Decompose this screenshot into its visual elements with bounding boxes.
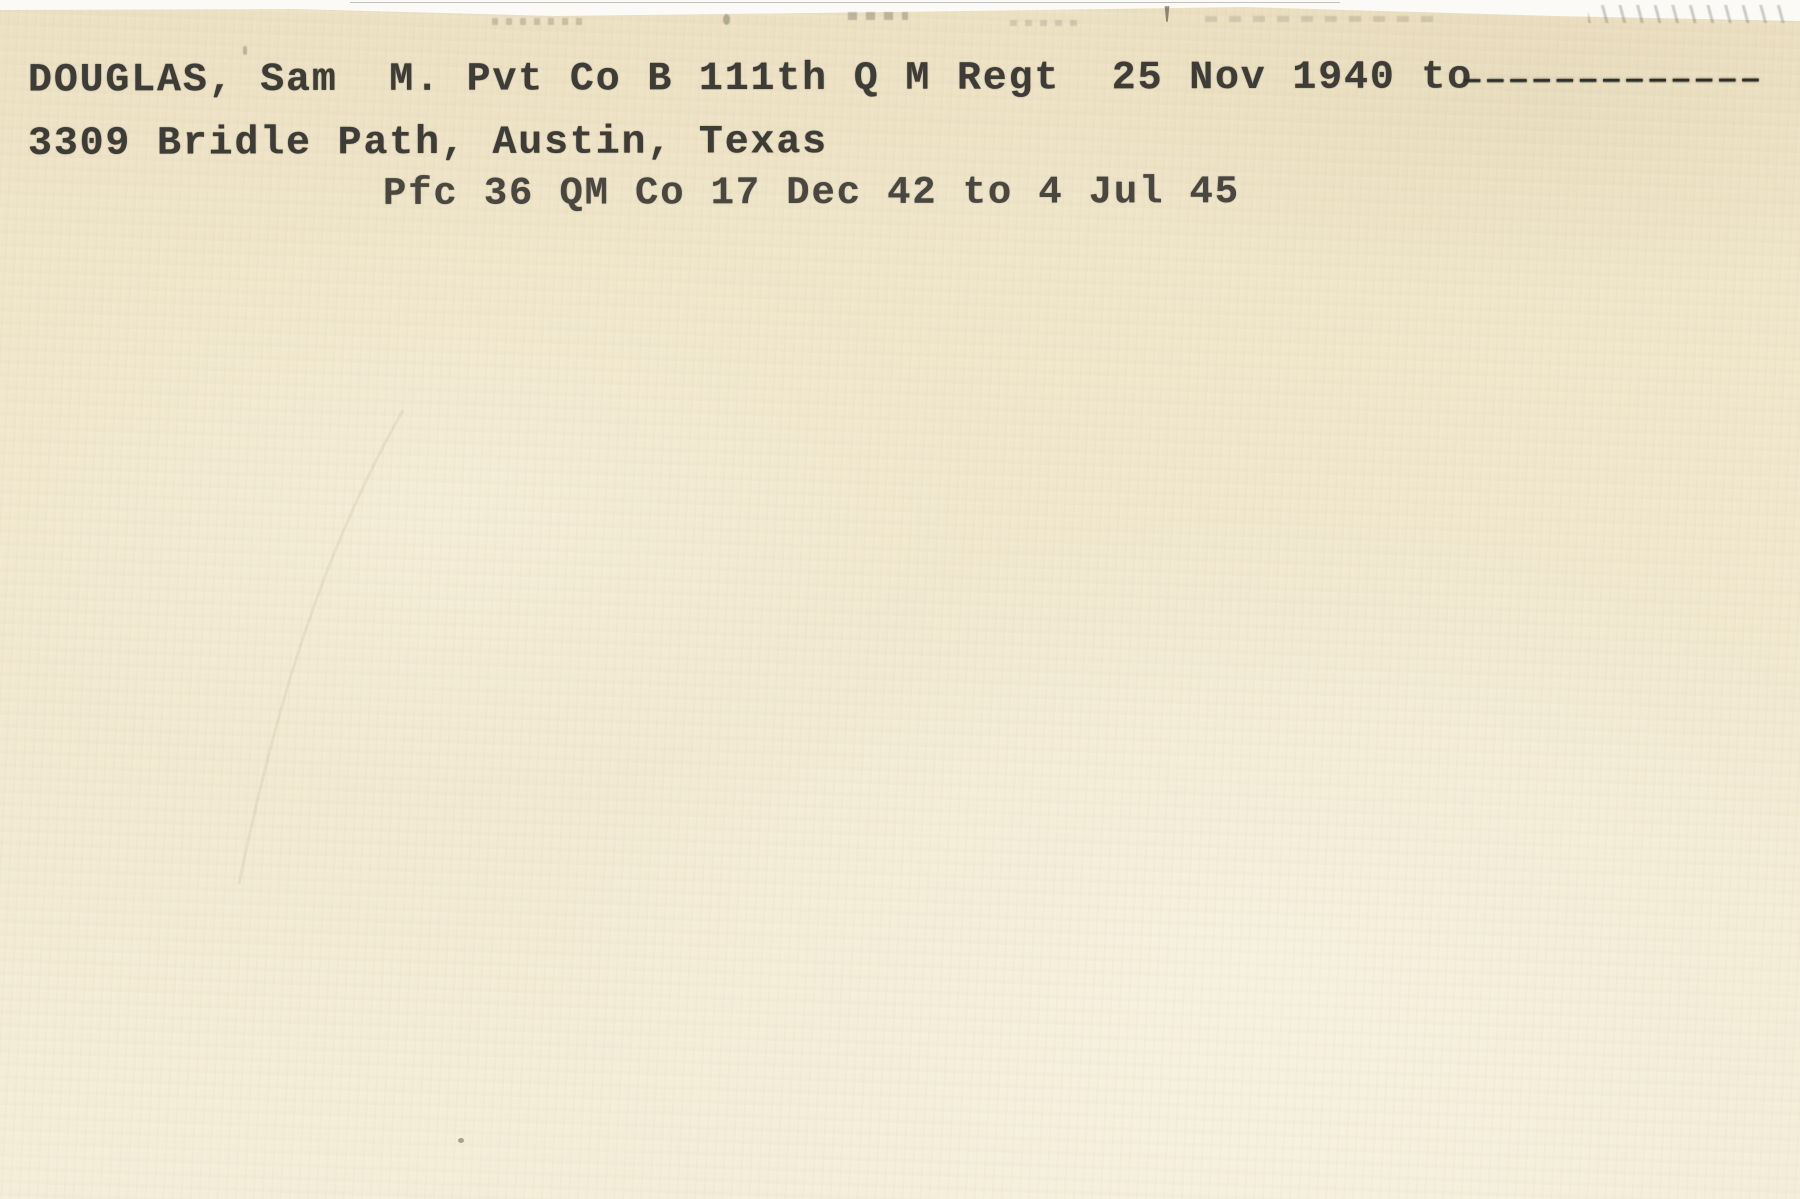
card-line-name-unit-dates: DOUGLAS, Sam M. Pvt Co B 111th Q M Regt … [28,56,1473,103]
scan-bleed-mark [1010,20,1080,26]
paper-crease [225,408,425,893]
index-card-scan: DOUGLAS, Sam M. Pvt Co B 111th Q M Regt … [0,0,1800,1199]
card-line-later-service: Pfc 36 QM Co 17 Dec 42 to 4 Jul 45 [383,171,1240,216]
scan-bleed-mark [1163,6,1171,22]
scanner-edge-line [350,2,1340,3]
paper-speck [458,1138,464,1143]
scan-bleed-mark [243,46,247,55]
scan-bleed-mark [1205,16,1435,22]
scanner-edge-strip [0,0,1800,26]
scan-bleed-mark [723,14,730,25]
scan-bleed-mark [848,12,908,20]
card-line-address: 3309 Bridle Path, Austin, Texas [28,121,828,167]
scan-bleed-mark [492,18,582,25]
end-date-dash-strike: ————————————— [1464,66,1766,97]
